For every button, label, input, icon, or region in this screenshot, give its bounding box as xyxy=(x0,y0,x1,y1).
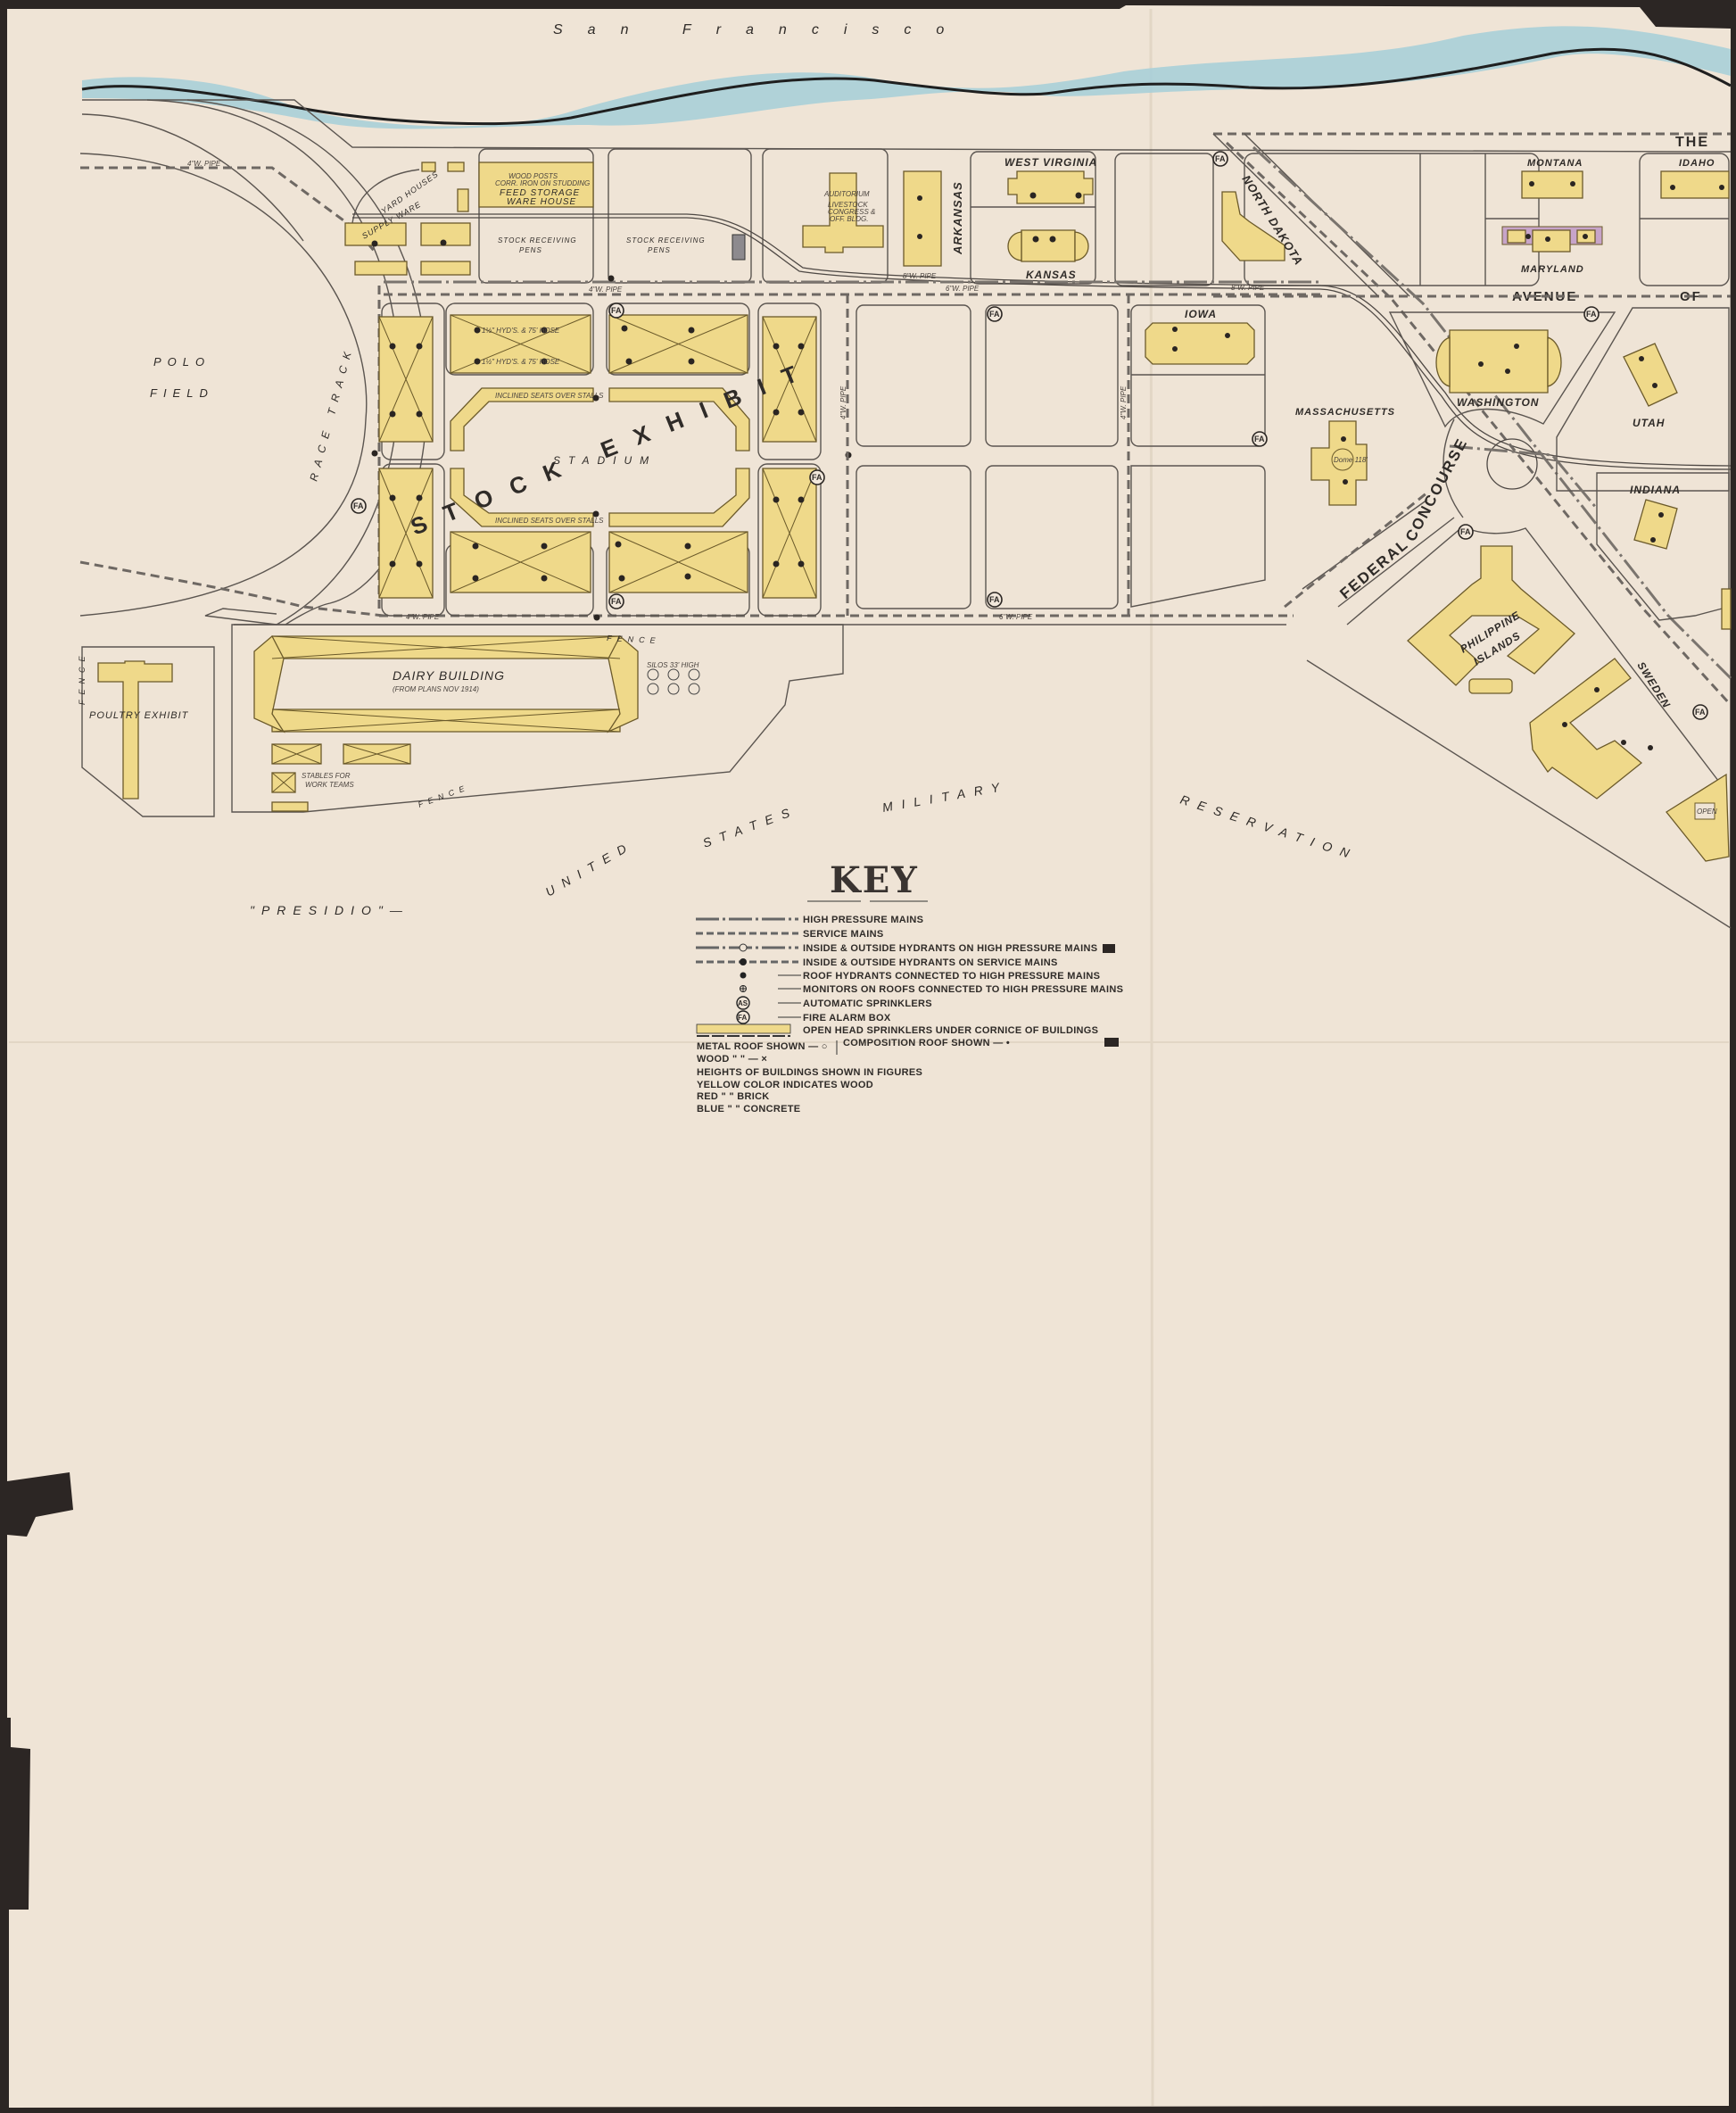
svg-text:(FROM PLANS NOV 1914): (FROM PLANS NOV 1914) xyxy=(393,685,479,693)
svg-text:YELLOW COLOR INDICATES WOOD: YELLOW COLOR INDICATES WOOD xyxy=(697,1080,873,1090)
svg-text:INSIDE & OUTSIDE HYDRANTS ON S: INSIDE & OUTSIDE HYDRANTS ON SERVICE MAI… xyxy=(803,957,1058,968)
svg-text:HEIGHTS OF BUILDINGS SHOWN IN: HEIGHTS OF BUILDINGS SHOWN IN FIGURES xyxy=(697,1067,922,1078)
svg-text:1½" HYD'S. & 75' HOSE: 1½" HYD'S. & 75' HOSE xyxy=(482,327,560,335)
svg-text:"PRESIDIO"—: "PRESIDIO"— xyxy=(250,903,409,917)
svg-text:CORR. IRON ON STUDDING: CORR. IRON ON STUDDING xyxy=(495,179,590,187)
water-label: San Francisco xyxy=(553,22,969,37)
arkansas-building: ARKANSAS xyxy=(904,171,964,266)
svg-text:POULTRY EXHIBIT: POULTRY EXHIBIT xyxy=(89,710,189,721)
feed-storage-warehouse: WOOD POSTS CORR. IRON ON STUDDING FEED S… xyxy=(479,162,593,207)
svg-text:PENS: PENS xyxy=(648,246,671,254)
svg-text:FA: FA xyxy=(611,306,622,315)
svg-text:FA: FA xyxy=(1215,154,1226,163)
svg-text:8"W. PIPE: 8"W. PIPE xyxy=(903,272,937,280)
svg-text:San Francisco: San Francisco xyxy=(553,22,969,37)
svg-text:1½" HYD'S. & 75' HOSE: 1½" HYD'S. & 75' HOSE xyxy=(482,358,560,366)
svg-text:FA: FA xyxy=(611,597,622,606)
svg-text:INDIANA: INDIANA xyxy=(1630,484,1681,496)
svg-text:FA: FA xyxy=(738,1014,747,1022)
svg-text:8"W. PIPE: 8"W. PIPE xyxy=(1231,284,1265,292)
svg-text:FA: FA xyxy=(1695,708,1706,717)
svg-text:KANSAS: KANSAS xyxy=(1026,269,1077,281)
svg-text:4"W. PIPE: 4"W. PIPE xyxy=(1120,385,1128,419)
svg-text:WARE HOUSE: WARE HOUSE xyxy=(507,197,576,207)
svg-text:FIRE ALARM BOX: FIRE ALARM BOX xyxy=(803,1013,891,1023)
svg-text:METAL ROOF SHOWN — ○: METAL ROOF SHOWN — ○ xyxy=(697,1041,828,1052)
svg-text:4"W. PIPE: 4"W. PIPE xyxy=(406,613,440,621)
svg-text:WASHINGTON: WASHINGTON xyxy=(1457,396,1539,409)
svg-text:STOCK RECEIVING: STOCK RECEIVING xyxy=(626,236,706,244)
stock-shed xyxy=(609,532,748,592)
svg-text:FA: FA xyxy=(989,310,1000,319)
paper-damage-spot xyxy=(1104,1038,1119,1047)
svg-text:FA: FA xyxy=(353,501,364,510)
west-virginia-building: WEST VIRGINIA xyxy=(1004,156,1097,203)
svg-text:KEY: KEY xyxy=(830,859,919,901)
svg-text:FENCE: FENCE xyxy=(78,650,87,705)
svg-text:INCLINED SEATS OVER STALLS: INCLINED SEATS OVER STALLS xyxy=(495,392,604,400)
paper-sheet xyxy=(7,5,1731,2108)
svg-text:4"W. PIPE: 4"W. PIPE xyxy=(187,160,221,168)
svg-text:MONITORS ON ROOFS CONNECTED TO: MONITORS ON ROOFS CONNECTED TO HIGH PRES… xyxy=(803,984,1123,995)
svg-text:AUTOMATIC SPRINKLERS: AUTOMATIC SPRINKLERS xyxy=(803,998,932,1009)
svg-text:6"W. PIPE: 6"W. PIPE xyxy=(999,613,1033,621)
svg-text:MARYLAND: MARYLAND xyxy=(1521,264,1584,275)
svg-text:Dome 118': Dome 118' xyxy=(1334,456,1368,464)
svg-text:POLO: POLO xyxy=(153,355,211,369)
svg-text:WORK TEAMS: WORK TEAMS xyxy=(305,781,354,789)
svg-text:STABLES FOR: STABLES FOR xyxy=(302,772,351,780)
stock-shed xyxy=(379,317,433,442)
svg-text:OFF. BLDG.: OFF. BLDG. xyxy=(830,215,868,223)
svg-text:DAIRY BUILDING: DAIRY BUILDING xyxy=(393,668,505,683)
svg-text:HIGH PRESSURE MAINS: HIGH PRESSURE MAINS xyxy=(803,915,923,925)
svg-text:RED " ": RED " " BRICK xyxy=(697,1091,770,1102)
svg-text:STOCK RECEIVING: STOCK RECEIVING xyxy=(498,236,577,244)
svg-text:6"W. PIPE: 6"W. PIPE xyxy=(946,285,980,293)
svg-text:PENS: PENS xyxy=(519,246,542,254)
svg-text:OPEN: OPEN xyxy=(1697,808,1717,816)
svg-text:INSIDE & OUTSIDE HYDRANTS ON H: INSIDE & OUTSIDE HYDRANTS ON HIGH PRESSU… xyxy=(803,943,1097,954)
svg-text:SERVICE MAINS: SERVICE MAINS xyxy=(803,929,884,940)
svg-text:FA: FA xyxy=(1460,527,1471,536)
svg-text:AS: AS xyxy=(738,999,748,1007)
svg-text:MONTANA: MONTANA xyxy=(1527,158,1583,169)
svg-text:FIELD: FIELD xyxy=(150,386,214,400)
svg-text:ARKANSAS: ARKANSAS xyxy=(951,181,964,255)
svg-text:THE: THE xyxy=(1675,135,1709,150)
sanborn-map-sheet: San Francisco POLO FIELD RACE TRACK 4"W.… xyxy=(0,0,1736,2113)
svg-text:SILOS 33' HIGH: SILOS 33' HIGH xyxy=(647,661,699,669)
svg-text:COMPOSITION ROOF SHOWN — •: COMPOSITION ROOF SHOWN — • xyxy=(843,1038,1010,1048)
svg-text:BLUE " ": BLUE " " CONCRETE xyxy=(697,1104,800,1115)
svg-text:OPEN HEAD SPRINKLERS UNDER COR: OPEN HEAD SPRINKLERS UNDER CORNICE OF BU… xyxy=(803,1025,1098,1036)
svg-text:FA: FA xyxy=(1586,310,1597,319)
montana-building: MONTANA xyxy=(1522,158,1583,198)
svg-text:AUDITORIUM: AUDITORIUM xyxy=(823,190,870,198)
svg-text:WEST VIRGINIA: WEST VIRGINIA xyxy=(1004,156,1097,169)
paper-damage-spot xyxy=(1103,944,1115,953)
svg-text:4"W. PIPE: 4"W. PIPE xyxy=(589,286,623,294)
svg-text:IDAHO: IDAHO xyxy=(1679,158,1715,169)
svg-text:FA: FA xyxy=(989,595,1000,604)
svg-text:ROOF HYDRANTS CONNECTED TO HIG: ROOF HYDRANTS CONNECTED TO HIGH PRESSURE… xyxy=(803,971,1100,982)
svg-text:4"W. PIPE: 4"W. PIPE xyxy=(839,385,847,419)
svg-text:INCLINED SEATS OVER STALLS: INCLINED SEATS OVER STALLS xyxy=(495,517,604,525)
svg-text:UTAH: UTAH xyxy=(1633,417,1665,429)
svg-text:FA: FA xyxy=(812,473,823,482)
svg-text:WOOD " " — ×: WOOD " " — × xyxy=(697,1054,767,1065)
stock-shed xyxy=(763,468,816,598)
stock-shed xyxy=(451,532,591,592)
svg-text:MASSACHUSETTS: MASSACHUSETTS xyxy=(1295,407,1395,418)
svg-text:IOWA: IOWA xyxy=(1185,308,1217,320)
svg-text:FA: FA xyxy=(1254,435,1265,443)
